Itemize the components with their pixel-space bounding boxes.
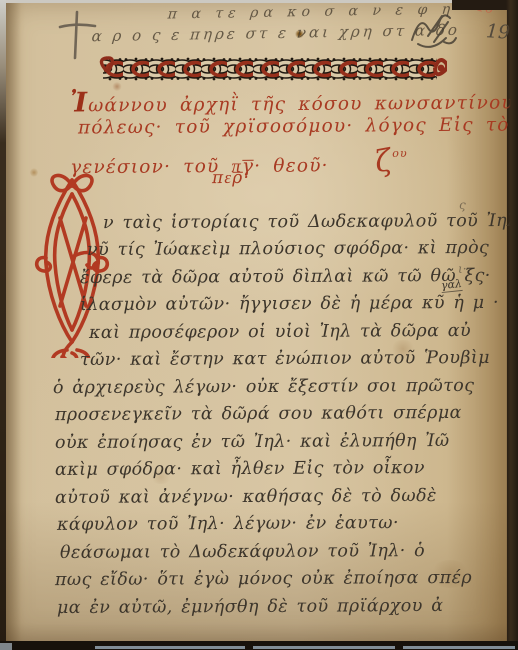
- ruler-segment: [95, 646, 245, 649]
- margin-mark: ι·: [458, 262, 467, 276]
- text-line: προσενεγκεῖν τὰ δῶρά σου καθότι σπέρμα: [55, 403, 462, 425]
- text-line: ὁ ἀρχιερεὺς λέγων· οὐκ ἔξεστίν σοι πρῶτο…: [53, 376, 475, 398]
- text-line: νῦ τίς Ἰώακεὶμ πλούσιος σφόδρα· κὶ πρὸς: [87, 238, 489, 260]
- text-line: ἱλασμὸν αὐτῶν· ἤγγισεν δὲ ἡ μέρα κῦ ἡ μ …: [80, 293, 499, 315]
- text-line: ἔφερε τὰ δῶρα αὐτοῦ δὶπλαὶ κῶ τῶ θῶ ξς·: [80, 266, 491, 288]
- ruler-corner: [0, 643, 12, 650]
- interlinear-note: γαλ: [440, 277, 462, 293]
- text-line: θεάσωμαι τὸ Δωδεκάφυλον τοῦ Ἰηλ· ὁ: [60, 541, 425, 563]
- margin-mark: ς: [459, 198, 466, 212]
- scan-edge-top: [0, 0, 456, 3]
- text-line: οὐκ ἐποίησας ἐν τῶ Ἰηλ· καὶ ἐλυπήθη Ἰῶ: [55, 431, 450, 453]
- headband-ornament: [97, 56, 447, 86]
- text-line: ακὶμ σφόδρα· καὶ ἦλθεν Εἰς τὸν οἶκον: [55, 458, 425, 480]
- text-line: ν ταὶς ἱστορίαις τοῦ Δωδεκαφυλοῦ τοῦ Ἰηλ…: [103, 211, 518, 233]
- rubric-line-4: πε͞ρ·: [212, 168, 250, 188]
- rubric-line-2: πόλεως· τοῦ χρϊσοσόμου· λόγος Εἰς τὸ: [78, 114, 510, 138]
- text-line: μα ἐν αὐτῶ, ἐμνήσθη δὲ τοῦ πρϊάρχου ἀ: [57, 596, 444, 618]
- manuscript-photo: π α τε ρα κο σ α ν ε φ η α ρ ο ς ε πηρε …: [0, 0, 518, 650]
- text-line: τῶν· καὶ ἔστην κατ ἐνώπιον αὐτοῦ Ῥουβὶμ: [80, 348, 490, 370]
- text-line: κάφυλον τοῦ Ἰηλ· λέγων· ἐν ἑαυτω·: [57, 513, 399, 535]
- ruler-segment: [403, 646, 515, 649]
- rubric-initial: Ἰ: [70, 87, 88, 118]
- rubric-line-1: Ἰωάννου ἀρχηῒ τῆς κόσου κωνσαντίνου: [70, 84, 514, 118]
- text-line: αὐτοῦ καὶ ἀνέγνω· καθήσας δὲ τὸ δωδὲ: [55, 486, 437, 508]
- book-edge-right: [506, 0, 518, 650]
- text-line: καὶ προσέφερον οἱ υἱοὶ Ἰηλ τὰ δῶρα αὐ: [89, 321, 471, 343]
- book-edge-left: [0, 0, 6, 650]
- scribble-flourish-icon: [404, 8, 462, 58]
- ruler-segment: [253, 646, 395, 649]
- binding-gutter-shadow: [5, 0, 21, 650]
- text-line: πως εἴδω· ὅτι ἐγὼ μόνος οὐκ ἐποίησα σπέρ: [55, 568, 472, 590]
